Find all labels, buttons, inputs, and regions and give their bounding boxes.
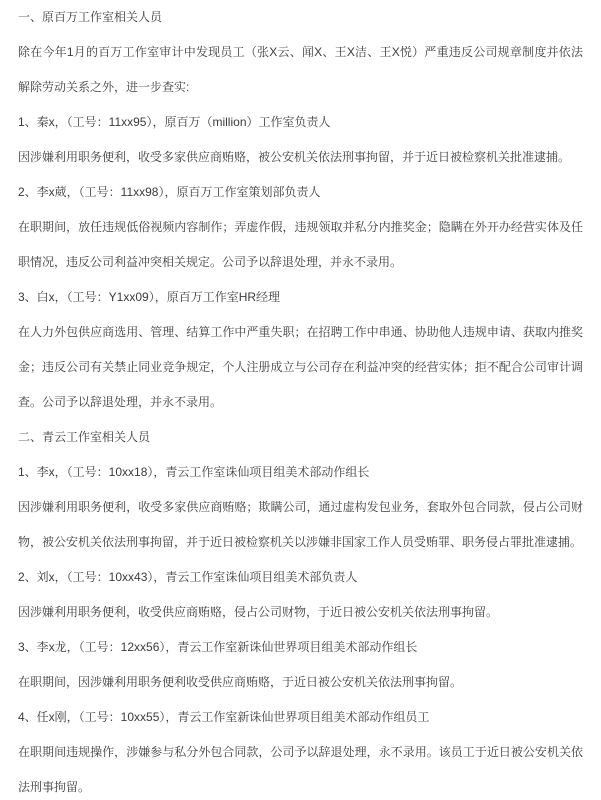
- section-2-entry-1-detail: 因涉嫌利用职务便利，收受多家供应商贿赂；欺瞒公司，通过虚构发包业务，套取外包合同…: [18, 490, 583, 560]
- section-2-entry-4-detail: 在职期间违规操作，涉嫌参与私分外包合同款，公司予以辞退处理，永不录用。该员工于近…: [18, 735, 583, 800]
- section-1-intro: 除在今年1月的百万工作室审计中发现员工（张X云、闻X、王X洁、王X悦）严重违反公…: [18, 35, 583, 105]
- section-2-entry-3-detail: 在职期间，因涉嫌利用职务便利收受供应商贿赂，于近日被公安机关依法刑事拘留。: [18, 665, 583, 700]
- section-1-entry-1-title: 1、秦x，（工号：11xx95），原百万（million）工作室负责人: [18, 105, 583, 140]
- section-2-entry-2-title: 2、刘x，（工号：10xx43），青云工作室诛仙项目组美术部负责人: [18, 560, 583, 595]
- section-2-entry-2-detail: 因涉嫌利用职务便利，收受供应商贿赂，侵占公司财物，于近日被公安机关依法刑事拘留。: [18, 595, 583, 630]
- section-1-entry-2-detail: 在职期间，放任违规低俗视频内容制作；弄虚作假，违规领取并私分内推奖金；隐瞒在外开…: [18, 210, 583, 280]
- section-2-entry-1-title: 1、李x，（工号：10xx18），青云工作室诛仙项目组美术部动作组长: [18, 455, 583, 490]
- section-1-heading: 一、原百万工作室相关人员: [18, 0, 583, 35]
- document-page: 一、原百万工作室相关人员 除在今年1月的百万工作室审计中发现员工（张X云、闻X、…: [0, 0, 601, 800]
- section-1-entry-2-title: 2、李x葳，（工号：11xx98），原百万工作室策划部负责人: [18, 175, 583, 210]
- section-1-entry-3-title: 3、白x，（工号：Y1xx09），原百万工作室HR经理: [18, 280, 583, 315]
- section-2-entry-4-title: 4、任x刚，（工号：10xx55），青云工作室新诛仙世界项目组美术部动作组员工: [18, 700, 583, 735]
- section-2-heading: 二、青云工作室相关人员: [18, 420, 583, 455]
- section-1-entry-1-detail: 因涉嫌利用职务便利，收受多家供应商贿赂，被公安机关依法刑事拘留，并于近日被检察机…: [18, 140, 583, 175]
- section-2-entry-3-title: 3、李x龙，（工号：12xx56），青云工作室新诛仙世界项目组美术部动作组长: [18, 630, 583, 665]
- section-1-entry-3-detail: 在人力外包供应商选用、管理、结算工作中严重失职；在招聘工作中串通、协助他人违规申…: [18, 315, 583, 420]
